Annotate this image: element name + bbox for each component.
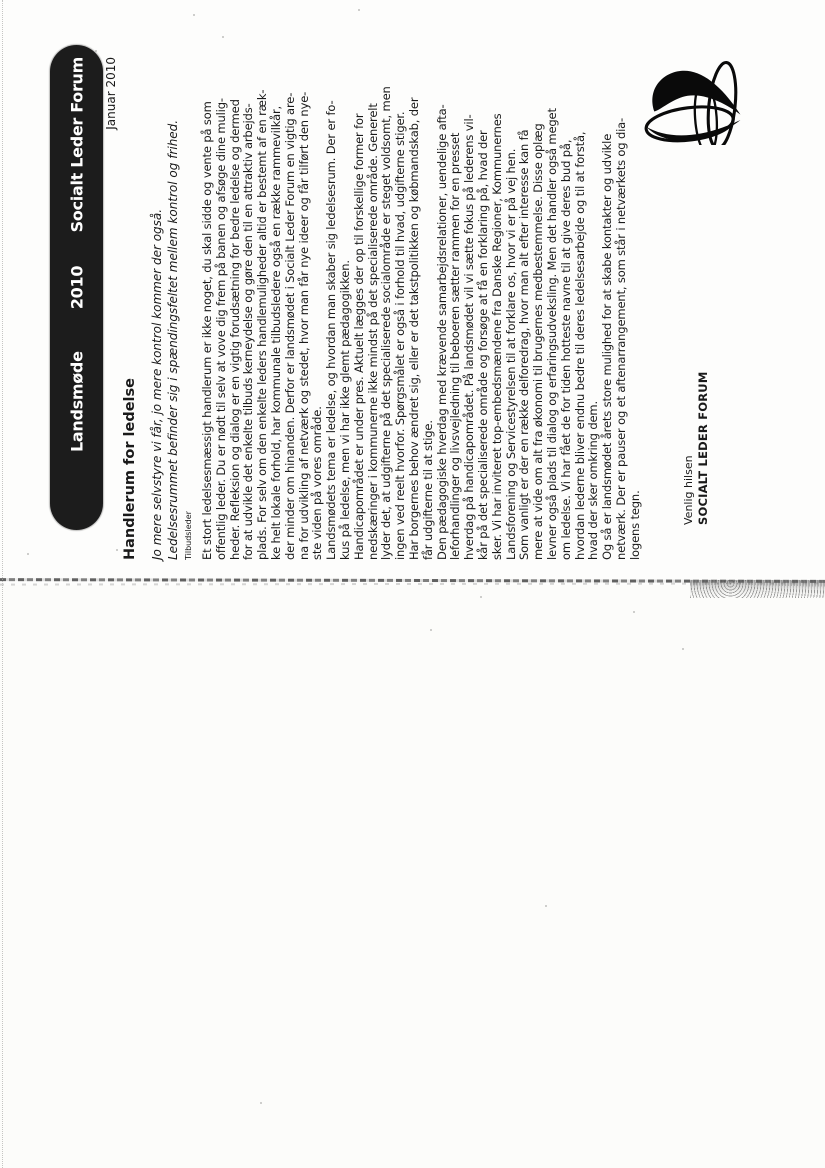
scan-speck xyxy=(682,648,684,650)
scan-speck xyxy=(480,596,482,598)
signature-organization: SOCIALT LEDER FORUM xyxy=(696,372,710,525)
article-quote: Jo mere selvstyre vi får, jo mere kontro… xyxy=(150,15,181,560)
masthead-title-left: Landsmøde xyxy=(67,351,86,452)
masthead-year: 2010 xyxy=(67,266,86,309)
scan-speck xyxy=(27,553,29,555)
paragraph: Landsmødets tema er ledelse, og hvordan … xyxy=(325,8,353,560)
issue-date: Januar 2010 xyxy=(104,57,118,130)
signature-closing: Venlig hilsen xyxy=(682,372,696,525)
scan-speck xyxy=(633,611,635,613)
scan-speck xyxy=(545,905,547,907)
article-title: Handlerum for ledelse xyxy=(122,378,138,560)
scan-left-guide-line xyxy=(2,0,3,1168)
scan-speck xyxy=(358,9,360,11)
paragraph: Den pædagogiske hverdag med krævende sam… xyxy=(436,8,519,560)
scan-noise-smudge xyxy=(690,580,825,598)
scanned-document: Landsmøde 2010 Socialt Leder Forum Janua… xyxy=(0,0,825,1168)
paragraph: Og så er landsmødet årets store mulighed… xyxy=(601,8,642,560)
newsletter-page: Landsmøde 2010 Socialt Leder Forum Janua… xyxy=(0,0,825,585)
scan-speck xyxy=(222,36,224,38)
signature-block: Venlig hilsen SOCIALT LEDER FORUM xyxy=(682,372,710,525)
quote-attribution: Tilbudsleder xyxy=(184,511,193,560)
paragraph: Som vanligt er der en række delforedrag,… xyxy=(518,8,601,560)
scan-speck xyxy=(193,14,195,16)
scan-speck xyxy=(116,549,118,551)
scan-speck xyxy=(260,1102,262,1104)
scan-speck xyxy=(430,629,432,631)
paragraph: Et stort ledelsesmæssigt handlerum er ik… xyxy=(201,8,325,560)
paragraph: Handicapområdet er under pres. Aktuelt l… xyxy=(353,8,436,560)
masthead-bar: Landsmøde 2010 Socialt Leder Forum xyxy=(50,45,103,530)
socialt-leder-forum-logo-icon xyxy=(642,45,742,145)
masthead-title-right: Socialt Leder Forum xyxy=(67,57,86,232)
scan-speck xyxy=(95,50,97,52)
article-body: Et stort ledelsesmæssigt handlerum er ik… xyxy=(201,8,643,560)
